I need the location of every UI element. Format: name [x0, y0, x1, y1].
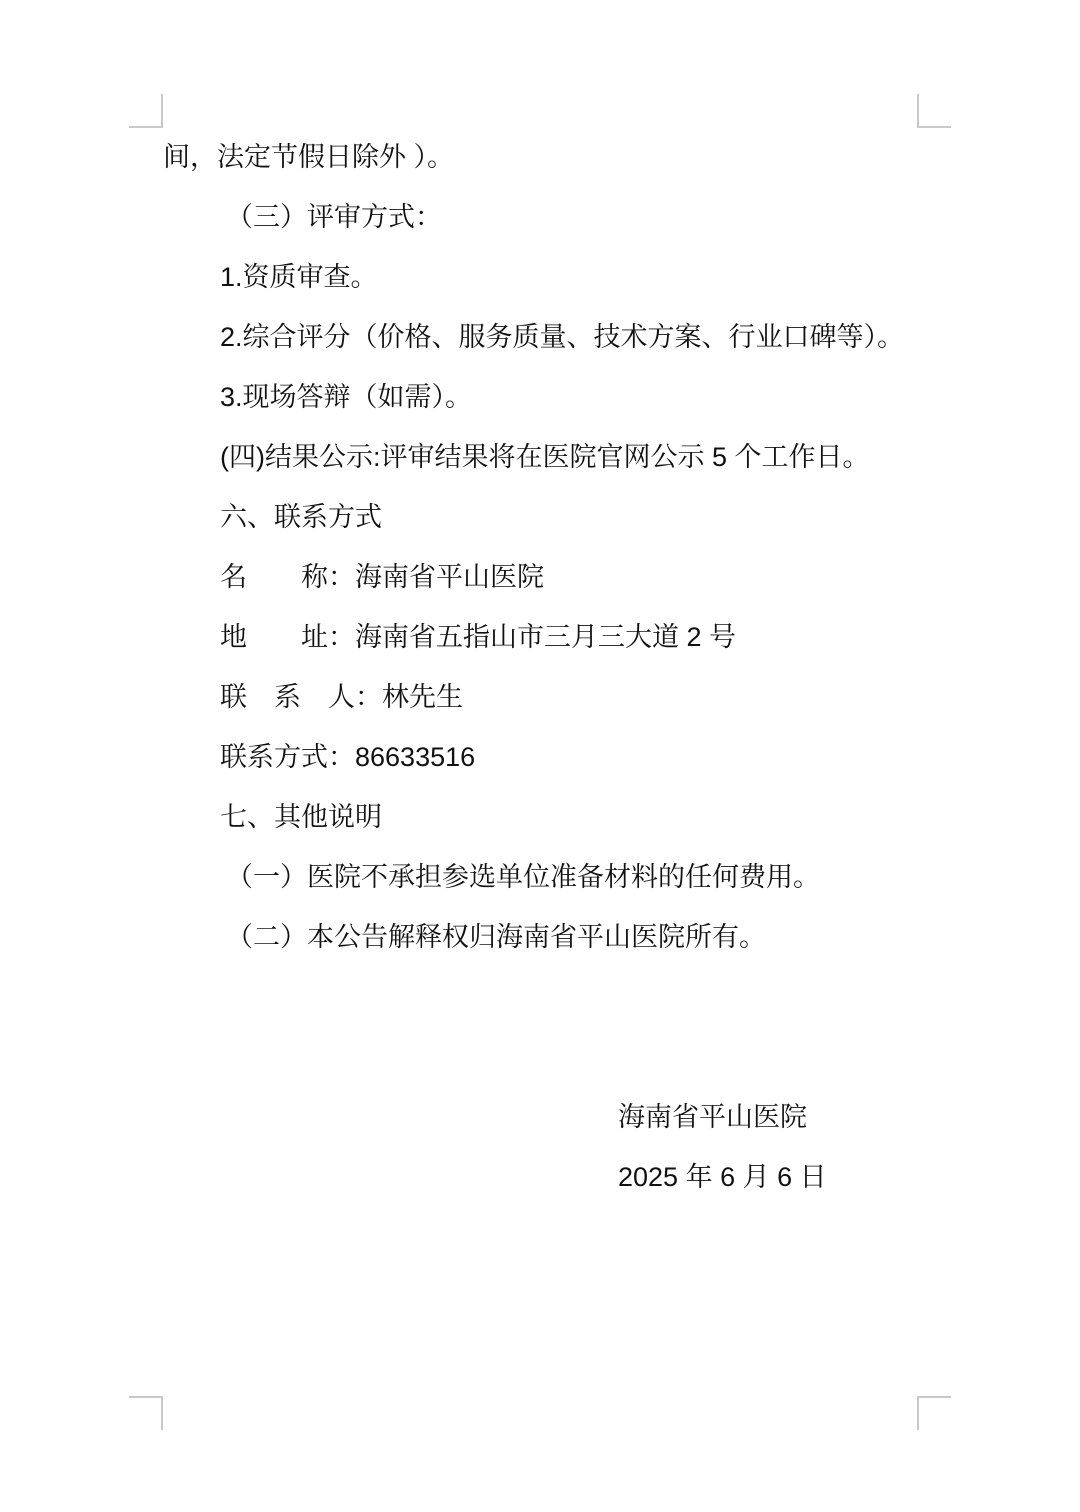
crop-mark-bottom-left-icon [129, 1396, 163, 1430]
crop-mark-top-left-icon [129, 94, 163, 128]
paragraph-heading-contact: 六、联系方式 [163, 487, 917, 547]
paragraph-note-2: （二）本公告解释权归海南省平山医院所有。 [163, 907, 917, 967]
paragraph-contact-person: 联 系 人：林先生 [163, 667, 917, 727]
paragraph-contact-phone: 联系方式：86633516 [163, 727, 917, 787]
crop-mark-bottom-right-icon [917, 1396, 951, 1430]
signature-block: 海南省平山医院 2025 年 6 月 6 日 [163, 1087, 917, 1207]
document-page: 间，法定节假日除外 ）。 （三）评审方式： 1.资质审查。 2.综合评分（价格、… [0, 0, 1080, 1512]
paragraph-continuation: 间，法定节假日除外 ）。 [163, 127, 917, 187]
paragraph-heading-other-notes: 七、其他说明 [163, 787, 917, 847]
paragraph-contact-name: 名 称：海南省平山医院 [163, 547, 917, 607]
document-content: 间，法定节假日除外 ）。 （三）评审方式： 1.资质审查。 2.综合评分（价格、… [163, 127, 917, 1207]
paragraph-heading-review-method: （三）评审方式： [163, 187, 917, 247]
crop-mark-top-right-icon [917, 94, 951, 128]
paragraph-item-2: 2.综合评分（价格、服务质量、技术方案、行业口碑等）。 [163, 307, 917, 367]
paragraph-note-1: （一）医院不承担参选单位准备材料的任何费用。 [163, 847, 917, 907]
signature-org: 海南省平山医院 [163, 1087, 917, 1147]
paragraph-item-1: 1.资质审查。 [163, 247, 917, 307]
paragraph-result-publicity: (四)结果公示:评审结果将在医院官网公示 5 个工作日。 [163, 427, 917, 487]
paragraph-item-3: 3.现场答辩（如需）。 [163, 367, 917, 427]
signature-date: 2025 年 6 月 6 日 [163, 1147, 917, 1207]
paragraph-contact-address: 地 址：海南省五指山市三月三大道 2 号 [163, 607, 917, 667]
